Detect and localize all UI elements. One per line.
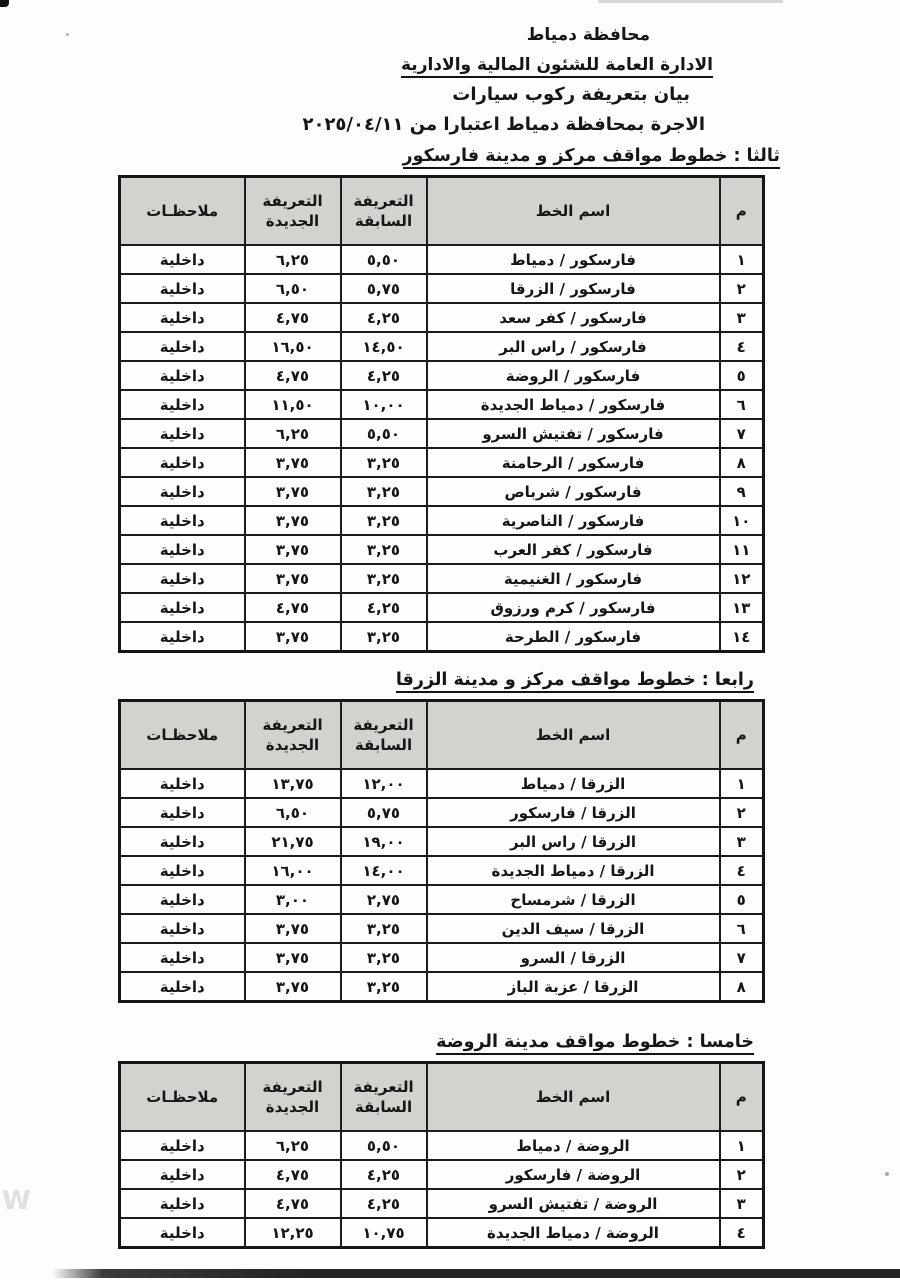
notes-cell: داخلية — [120, 419, 245, 448]
col-header-notes: ملاحظـات — [120, 701, 245, 770]
table-row: ٧الزرقا / السرو٣,٢٥٣,٧٥داخلية — [120, 943, 764, 972]
route-name-cell: فارسكور / الناصرية — [427, 506, 720, 535]
table-row: ٩فارسكور / شرباص٣,٢٥٣,٧٥داخلية — [120, 477, 764, 506]
row-number-cell: ٣ — [720, 827, 764, 856]
col-header-notes: ملاحظـات — [120, 1063, 245, 1132]
rawda-table-body: ١الروضة / دمياط٥,٥٠٦,٢٥داخلية٢الروضة / ف… — [120, 1131, 764, 1248]
previous-fare-cell: ٥,٥٠ — [341, 419, 427, 448]
new-fare-cell: ٦,٢٥ — [245, 245, 341, 274]
section-heading-farskour-text: ثالثا : خطوط مواقف مركز و مدينة فارسكور — [403, 146, 780, 169]
route-name-cell: فارسكور / الرحامنة — [427, 448, 720, 477]
fare-table-rawda: م اسم الخط التعريفة السابقة التعريفة الج… — [118, 1061, 765, 1249]
scan-speck — [885, 1172, 889, 1176]
row-number-cell: ٦ — [720, 914, 764, 943]
table-header-row: م اسم الخط التعريفة السابقة التعريفة الج… — [120, 1063, 764, 1132]
notes-cell: داخلية — [120, 245, 245, 274]
col-header-route-name: اسم الخط — [427, 1063, 720, 1132]
route-name-cell: فارسكور / الطرحة — [427, 622, 720, 652]
new-fare-cell: ٦,٥٠ — [245, 274, 341, 303]
previous-fare-cell: ٣,٢٥ — [341, 972, 427, 1002]
col-header-new-fare: التعريفة الجديدة — [245, 1063, 341, 1132]
col-header-number: م — [720, 1063, 764, 1132]
table-row: ٢الروضة / فارسكور٤,٢٥٤,٧٥داخلية — [120, 1160, 764, 1189]
route-name-cell: الروضة / فارسكور — [427, 1160, 720, 1189]
new-fare-cell: ٤,٧٥ — [245, 593, 341, 622]
route-name-cell: الزرقا / دمياط — [427, 769, 720, 798]
new-fare-cell: ٦,٢٥ — [245, 1131, 341, 1160]
document-header: محافظة دمياط الادارة العامة للشئون المال… — [0, 0, 900, 140]
route-name-cell: فارسكور / دمياط — [427, 245, 720, 274]
table-row: ٣الزرقا / راس البر١٩,٠٠٢١,٧٥داخلية — [120, 827, 764, 856]
table-row: ٨الزرقا / عزبة الباز٣,٢٥٣,٧٥داخلية — [120, 972, 764, 1002]
previous-fare-cell: ٤,٢٥ — [341, 303, 427, 332]
notes-cell: داخلية — [120, 332, 245, 361]
row-number-cell: ١٤ — [720, 622, 764, 652]
notes-cell: داخلية — [120, 1218, 245, 1248]
previous-fare-cell: ٤,٢٥ — [341, 1189, 427, 1218]
new-fare-cell: ٢١,٧٥ — [245, 827, 341, 856]
table-row: ١٢فارسكور / الغنيمية٣,٢٥٣,٧٥داخلية — [120, 564, 764, 593]
row-number-cell: ٤ — [720, 856, 764, 885]
route-name-cell: الزرقا / راس البر — [427, 827, 720, 856]
row-number-cell: ١ — [720, 245, 764, 274]
department-title: الادارة العامة للشئون المالية والادارية — [0, 50, 713, 80]
row-number-cell: ١ — [720, 1131, 764, 1160]
row-number-cell: ٢ — [720, 798, 764, 827]
farskour-table-body: ١فارسكور / دمياط٥,٥٠٦,٢٥داخلية٢فارسكور /… — [120, 245, 764, 652]
table-row: ١الزرقا / دمياط١٢,٠٠١٣,٧٥داخلية — [120, 769, 764, 798]
previous-fare-cell: ٥,٥٠ — [341, 1131, 427, 1160]
route-name-cell: الروضة / دمياط الجديدة — [427, 1218, 720, 1248]
col-header-notes: ملاحظـات — [120, 177, 245, 246]
notes-cell: داخلية — [120, 274, 245, 303]
notes-cell: داخلية — [120, 390, 245, 419]
section-heading-farskour: ثالثا : خطوط مواقف مركز و مدينة فارسكور — [0, 143, 780, 169]
route-name-cell: فارسكور / كرم ورزوق — [427, 593, 720, 622]
col-header-new-fare: التعريفة الجديدة — [245, 701, 341, 770]
row-number-cell: ٨ — [720, 448, 764, 477]
row-number-cell: ٨ — [720, 972, 764, 1002]
previous-fare-cell: ١٠,٧٥ — [341, 1218, 427, 1248]
notes-cell: داخلية — [120, 506, 245, 535]
table-row: ١٠فارسكور / الناصرية٣,٢٥٣,٧٥داخلية — [120, 506, 764, 535]
table-row: ٥فارسكور / الروضة٤,٢٥٤,٧٥داخلية — [120, 361, 764, 390]
row-number-cell: ٣ — [720, 1189, 764, 1218]
new-fare-cell: ٤,٧٥ — [245, 1189, 341, 1218]
row-number-cell: ١٢ — [720, 564, 764, 593]
row-number-cell: ٤ — [720, 332, 764, 361]
route-name-cell: فارسكور / الروضة — [427, 361, 720, 390]
notes-cell: داخلية — [120, 798, 245, 827]
notes-cell: داخلية — [120, 303, 245, 332]
section-heading-zarqa-text: رابعا : خطوط مواقف مركز و مدينة الزرقا — [396, 670, 754, 693]
row-number-cell: ٣ — [720, 303, 764, 332]
previous-fare-cell: ٥,٧٥ — [341, 798, 427, 827]
section-heading-zarqa: رابعا : خطوط مواقف مركز و مدينة الزرقا — [0, 667, 754, 693]
previous-fare-cell: ٥,٧٥ — [341, 274, 427, 303]
new-fare-cell: ٣,٧٥ — [245, 448, 341, 477]
route-name-cell: فارسكور / تفتيش السرو — [427, 419, 720, 448]
scan-top-smudge — [598, 0, 783, 3]
notes-cell: داخلية — [120, 972, 245, 1002]
notes-cell: داخلية — [120, 477, 245, 506]
table-row: ٤الروضة / دمياط الجديدة١٠,٧٥١٢,٢٥داخلية — [120, 1218, 764, 1248]
table-row: ٣الروضة / تفتيش السرو٤,٢٥٤,٧٥داخلية — [120, 1189, 764, 1218]
new-fare-cell: ٣,٧٥ — [245, 535, 341, 564]
fare-table-zarqa: م اسم الخط التعريفة السابقة التعريفة الج… — [118, 699, 765, 1003]
previous-fare-cell: ٣,٢٥ — [341, 535, 427, 564]
col-header-route-name: اسم الخط — [427, 701, 720, 770]
new-fare-cell: ٣,٧٥ — [245, 972, 341, 1002]
route-name-cell: فارسكور / كفر العرب — [427, 535, 720, 564]
row-number-cell: ٢ — [720, 1160, 764, 1189]
col-header-previous-fare: التعريفة السابقة — [341, 1063, 427, 1132]
fare-table-farskour: م اسم الخط التعريفة السابقة التعريفة الج… — [118, 175, 765, 653]
header-row: م اسم الخط التعريفة السابقة التعريفة الج… — [120, 1063, 764, 1132]
new-fare-cell: ١٦,٥٠ — [245, 332, 341, 361]
new-fare-cell: ٦,٢٥ — [245, 419, 341, 448]
notes-cell: داخلية — [120, 943, 245, 972]
table-header-row: م اسم الخط التعريفة السابقة التعريفة الج… — [120, 177, 764, 246]
table-row: ٢فارسكور / الزرقا٥,٧٥٦,٥٠داخلية — [120, 274, 764, 303]
row-number-cell: ٢ — [720, 274, 764, 303]
row-number-cell: ٩ — [720, 477, 764, 506]
previous-fare-cell: ١٩,٠٠ — [341, 827, 427, 856]
new-fare-cell: ٣,٧٥ — [245, 943, 341, 972]
route-name-cell: فارسكور / راس البر — [427, 332, 720, 361]
previous-fare-cell: ٣,٢٥ — [341, 564, 427, 593]
previous-fare-cell: ١٢,٠٠ — [341, 769, 427, 798]
row-number-cell: ٦ — [720, 390, 764, 419]
previous-fare-cell: ٢,٧٥ — [341, 885, 427, 914]
row-number-cell: ٥ — [720, 885, 764, 914]
table-row: ٣فارسكور / كفر سعد٤,٢٥٤,٧٥داخلية — [120, 303, 764, 332]
notes-cell: داخلية — [120, 914, 245, 943]
route-name-cell: الزرقا / السرو — [427, 943, 720, 972]
notes-cell: داخلية — [120, 1131, 245, 1160]
header-row: م اسم الخط التعريفة السابقة التعريفة الج… — [120, 177, 764, 246]
notes-cell: داخلية — [120, 769, 245, 798]
previous-fare-cell: ٤,٢٥ — [341, 1160, 427, 1189]
route-name-cell: الزرقا / سيف الدين — [427, 914, 720, 943]
row-number-cell: ١ — [720, 769, 764, 798]
section-heading-rawda: خامسا : خطوط مواقف مدينة الروضة — [0, 1029, 754, 1055]
route-name-cell: الزرقا / شرمساح — [427, 885, 720, 914]
scanned-document-page: محافظة دمياط الادارة العامة للشئون المال… — [0, 0, 900, 1280]
previous-fare-cell: ٣,٢٥ — [341, 914, 427, 943]
previous-fare-cell: ٤,٢٥ — [341, 361, 427, 390]
row-number-cell: ١٣ — [720, 593, 764, 622]
new-fare-cell: ٣,٧٥ — [245, 622, 341, 652]
new-fare-cell: ١١,٥٠ — [245, 390, 341, 419]
notes-cell: داخلية — [120, 885, 245, 914]
new-fare-cell: ٤,٧٥ — [245, 303, 341, 332]
new-fare-cell: ٣,٧٥ — [245, 914, 341, 943]
notes-cell: داخلية — [120, 1189, 245, 1218]
previous-fare-cell: ١٠,٠٠ — [341, 390, 427, 419]
previous-fare-cell: ١٤,٠٠ — [341, 856, 427, 885]
table-row: ٨فارسكور / الرحامنة٣,٢٥٣,٧٥داخلية — [120, 448, 764, 477]
notes-cell: داخلية — [120, 856, 245, 885]
previous-fare-cell: ٣,٢٥ — [341, 448, 427, 477]
table-header-row: م اسم الخط التعريفة السابقة التعريفة الج… — [120, 701, 764, 770]
table-row: ٦فارسكور / دمياط الجديدة١٠,٠٠١١,٥٠داخلية — [120, 390, 764, 419]
route-name-cell: فارسكور / الغنيمية — [427, 564, 720, 593]
scan-bottom-edge-shadow — [52, 1269, 900, 1278]
new-fare-cell: ٣,٧٥ — [245, 477, 341, 506]
previous-fare-cell: ٣,٢٥ — [341, 506, 427, 535]
notes-cell: داخلية — [120, 593, 245, 622]
table-row: ٦الزرقا / سيف الدين٣,٢٥٣,٧٥داخلية — [120, 914, 764, 943]
route-name-cell: الزرقا / عزبة الباز — [427, 972, 720, 1002]
row-number-cell: ١٠ — [720, 506, 764, 535]
row-number-cell: ٥ — [720, 361, 764, 390]
route-name-cell: فارسكور / دمياط الجديدة — [427, 390, 720, 419]
previous-fare-cell: ١٤,٥٠ — [341, 332, 427, 361]
col-header-route-name: اسم الخط — [427, 177, 720, 246]
previous-fare-cell: ٥,٥٠ — [341, 245, 427, 274]
route-name-cell: فارسكور / شرباص — [427, 477, 720, 506]
col-header-number: م — [720, 177, 764, 246]
new-fare-cell: ١٦,٠٠ — [245, 856, 341, 885]
scan-speck — [66, 33, 69, 36]
row-number-cell: ٧ — [720, 419, 764, 448]
route-name-cell: الزرقا / دمياط الجديدة — [427, 856, 720, 885]
col-header-previous-fare: التعريفة السابقة — [341, 177, 427, 246]
previous-fare-cell: ٣,٢٥ — [341, 622, 427, 652]
previous-fare-cell: ٣,٢٥ — [341, 943, 427, 972]
table-row: ٤فارسكور / راس البر١٤,٥٠١٦,٥٠داخلية — [120, 332, 764, 361]
row-number-cell: ٤ — [720, 1218, 764, 1248]
notes-cell: داخلية — [120, 448, 245, 477]
col-header-previous-fare: التعريفة السابقة — [341, 701, 427, 770]
table-row: ١٤فارسكور / الطرحة٣,٢٥٣,٧٥داخلية — [120, 622, 764, 652]
table-row: ١١فارسكور / كفر العرب٣,٢٥٣,٧٥داخلية — [120, 535, 764, 564]
new-fare-cell: ٦,٥٠ — [245, 798, 341, 827]
route-name-cell: الزرقا / فارسكور — [427, 798, 720, 827]
row-number-cell: ١١ — [720, 535, 764, 564]
new-fare-cell: ٤,٧٥ — [245, 1160, 341, 1189]
section-heading-rawda-text: خامسا : خطوط مواقف مدينة الروضة — [436, 1032, 754, 1055]
new-fare-cell: ٣,٧٥ — [245, 506, 341, 535]
previous-fare-cell: ٤,٢٥ — [341, 593, 427, 622]
table-row: ١فارسكور / دمياط٥,٥٠٦,٢٥داخلية — [120, 245, 764, 274]
department-title-text: الادارة العامة للشئون المالية والادارية — [401, 55, 713, 78]
header-row: م اسم الخط التعريفة السابقة التعريفة الج… — [120, 701, 764, 770]
new-fare-cell: ٣,٧٥ — [245, 564, 341, 593]
new-fare-cell: ١٢,٢٥ — [245, 1218, 341, 1248]
new-fare-cell: ٤,٧٥ — [245, 361, 341, 390]
col-header-new-fare: التعريفة الجديدة — [245, 177, 341, 246]
notes-cell: داخلية — [120, 564, 245, 593]
notes-cell: داخلية — [120, 361, 245, 390]
row-number-cell: ٧ — [720, 943, 764, 972]
document-subtitle: بيان بتعريفة ركوب سيارات — [0, 80, 690, 110]
governorate-title: محافظة دمياط — [0, 20, 650, 50]
notes-cell: داخلية — [120, 535, 245, 564]
table-row: ١٣فارسكور / كرم ورزوق٤,٢٥٤,٧٥داخلية — [120, 593, 764, 622]
scan-faint-mark: W — [2, 1186, 31, 1216]
table-row: ١الروضة / دمياط٥,٥٠٦,٢٥داخلية — [120, 1131, 764, 1160]
previous-fare-cell: ٣,٢٥ — [341, 477, 427, 506]
notes-cell: داخلية — [120, 827, 245, 856]
route-name-cell: الروضة / تفتيش السرو — [427, 1189, 720, 1218]
table-row: ٥الزرقا / شرمساح٢,٧٥٣,٠٠داخلية — [120, 885, 764, 914]
table-row: ٢الزرقا / فارسكور٥,٧٥٦,٥٠داخلية — [120, 798, 764, 827]
notes-cell: داخلية — [120, 622, 245, 652]
new-fare-cell: ١٣,٧٥ — [245, 769, 341, 798]
scan-corner-mark — [0, 0, 9, 7]
zarqa-table-body: ١الزرقا / دمياط١٢,٠٠١٣,٧٥داخلية٢الزرقا /… — [120, 769, 764, 1002]
new-fare-cell: ٣,٠٠ — [245, 885, 341, 914]
notes-cell: داخلية — [120, 1160, 245, 1189]
effective-date-line: الاجرة بمحافظة دمياط اعتبارا من ٢٠٢٥/٠٤/… — [0, 110, 705, 140]
route-name-cell: فارسكور / الزرقا — [427, 274, 720, 303]
table-row: ٤الزرقا / دمياط الجديدة١٤,٠٠١٦,٠٠داخلية — [120, 856, 764, 885]
route-name-cell: فارسكور / كفر سعد — [427, 303, 720, 332]
col-header-number: م — [720, 701, 764, 770]
route-name-cell: الروضة / دمياط — [427, 1131, 720, 1160]
table-row: ٧فارسكور / تفتيش السرو٥,٥٠٦,٢٥داخلية — [120, 419, 764, 448]
